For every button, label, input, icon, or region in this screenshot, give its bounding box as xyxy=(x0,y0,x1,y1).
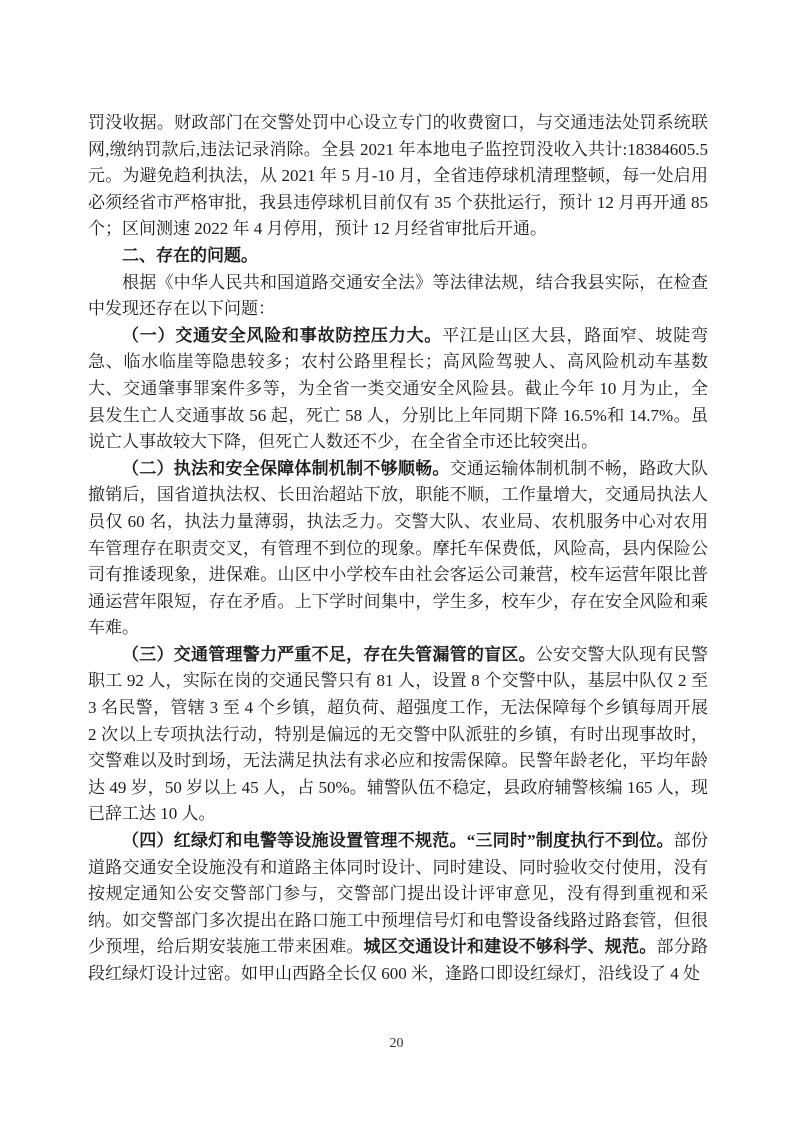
text-run: 根据《中华人民共和国道路交通安全法》等法律法规，结合我县实际，在检查中发现还存在… xyxy=(88,273,708,319)
bold-text-run: 二、存在的问题。 xyxy=(122,246,258,265)
page-number: 20 xyxy=(390,1036,404,1051)
page-footer: 20 xyxy=(0,1036,793,1052)
paragraph-h1: 二、存在的问题。 xyxy=(88,243,708,270)
bold-text-run: （四）红绿灯和电警等设施设置管理不规范。“三同时”制度执行不到位。 xyxy=(122,831,674,850)
paragraph-p1: 罚没收据。财政部门在交警处罚中心设立专门的收费窗口，与交通违法处罚系统联网,缴纳… xyxy=(88,110,708,243)
document-body: 罚没收据。财政部门在交警处罚中心设立专门的收费窗口，与交通违法处罚系统联网,缴纳… xyxy=(88,110,708,988)
bold-text-run: （二）执法和安全保障体制机制不够顺畅。 xyxy=(122,459,450,478)
bold-text-run: （三）交通管理警力严重不足，存在失管漏管的盲区。 xyxy=(122,645,536,664)
paragraph-p3: （一）交通安全风险和事故防控压力大。平江是山区大县，路面窄、坡陡弯急、临水临崖等… xyxy=(88,323,708,456)
text-run: 交通运输体制机制不畅，路政大队撤销后，国省道执法权、长田治超站下放，职能不顺，工… xyxy=(88,459,708,638)
paragraph-p2: 根据《中华人民共和国道路交通安全法》等法律法规，结合我县实际，在检查中发现还存在… xyxy=(88,270,708,323)
paragraph-p5: （三）交通管理警力严重不足，存在失管漏管的盲区。公安交警大队现有民警职工 92 … xyxy=(88,642,708,828)
text-run: 公安交警大队现有民警职工 92 人，实际在岗的交通民警只有 81 人，设置 8 … xyxy=(88,645,708,824)
bold-text-run: （一）交通安全风险和事故防控压力大。 xyxy=(122,326,442,345)
paragraph-p6: （四）红绿灯和电警等设施设置管理不规范。“三同时”制度执行不到位。部份道路交通安… xyxy=(88,828,708,988)
bold-text-run: 城区交通设计和建设不够科学、规范。 xyxy=(364,937,657,956)
document-page: 罚没收据。财政部门在交警处罚中心设立专门的收费窗口，与交通违法处罚系统联网,缴纳… xyxy=(0,0,793,1122)
text-run: 罚没收据。财政部门在交警处罚中心设立专门的收费窗口，与交通违法处罚系统联网,缴纳… xyxy=(88,113,708,238)
paragraph-p4: （二）执法和安全保障体制机制不够顺畅。交通运输体制机制不畅，路政大队撤销后，国省… xyxy=(88,456,708,642)
